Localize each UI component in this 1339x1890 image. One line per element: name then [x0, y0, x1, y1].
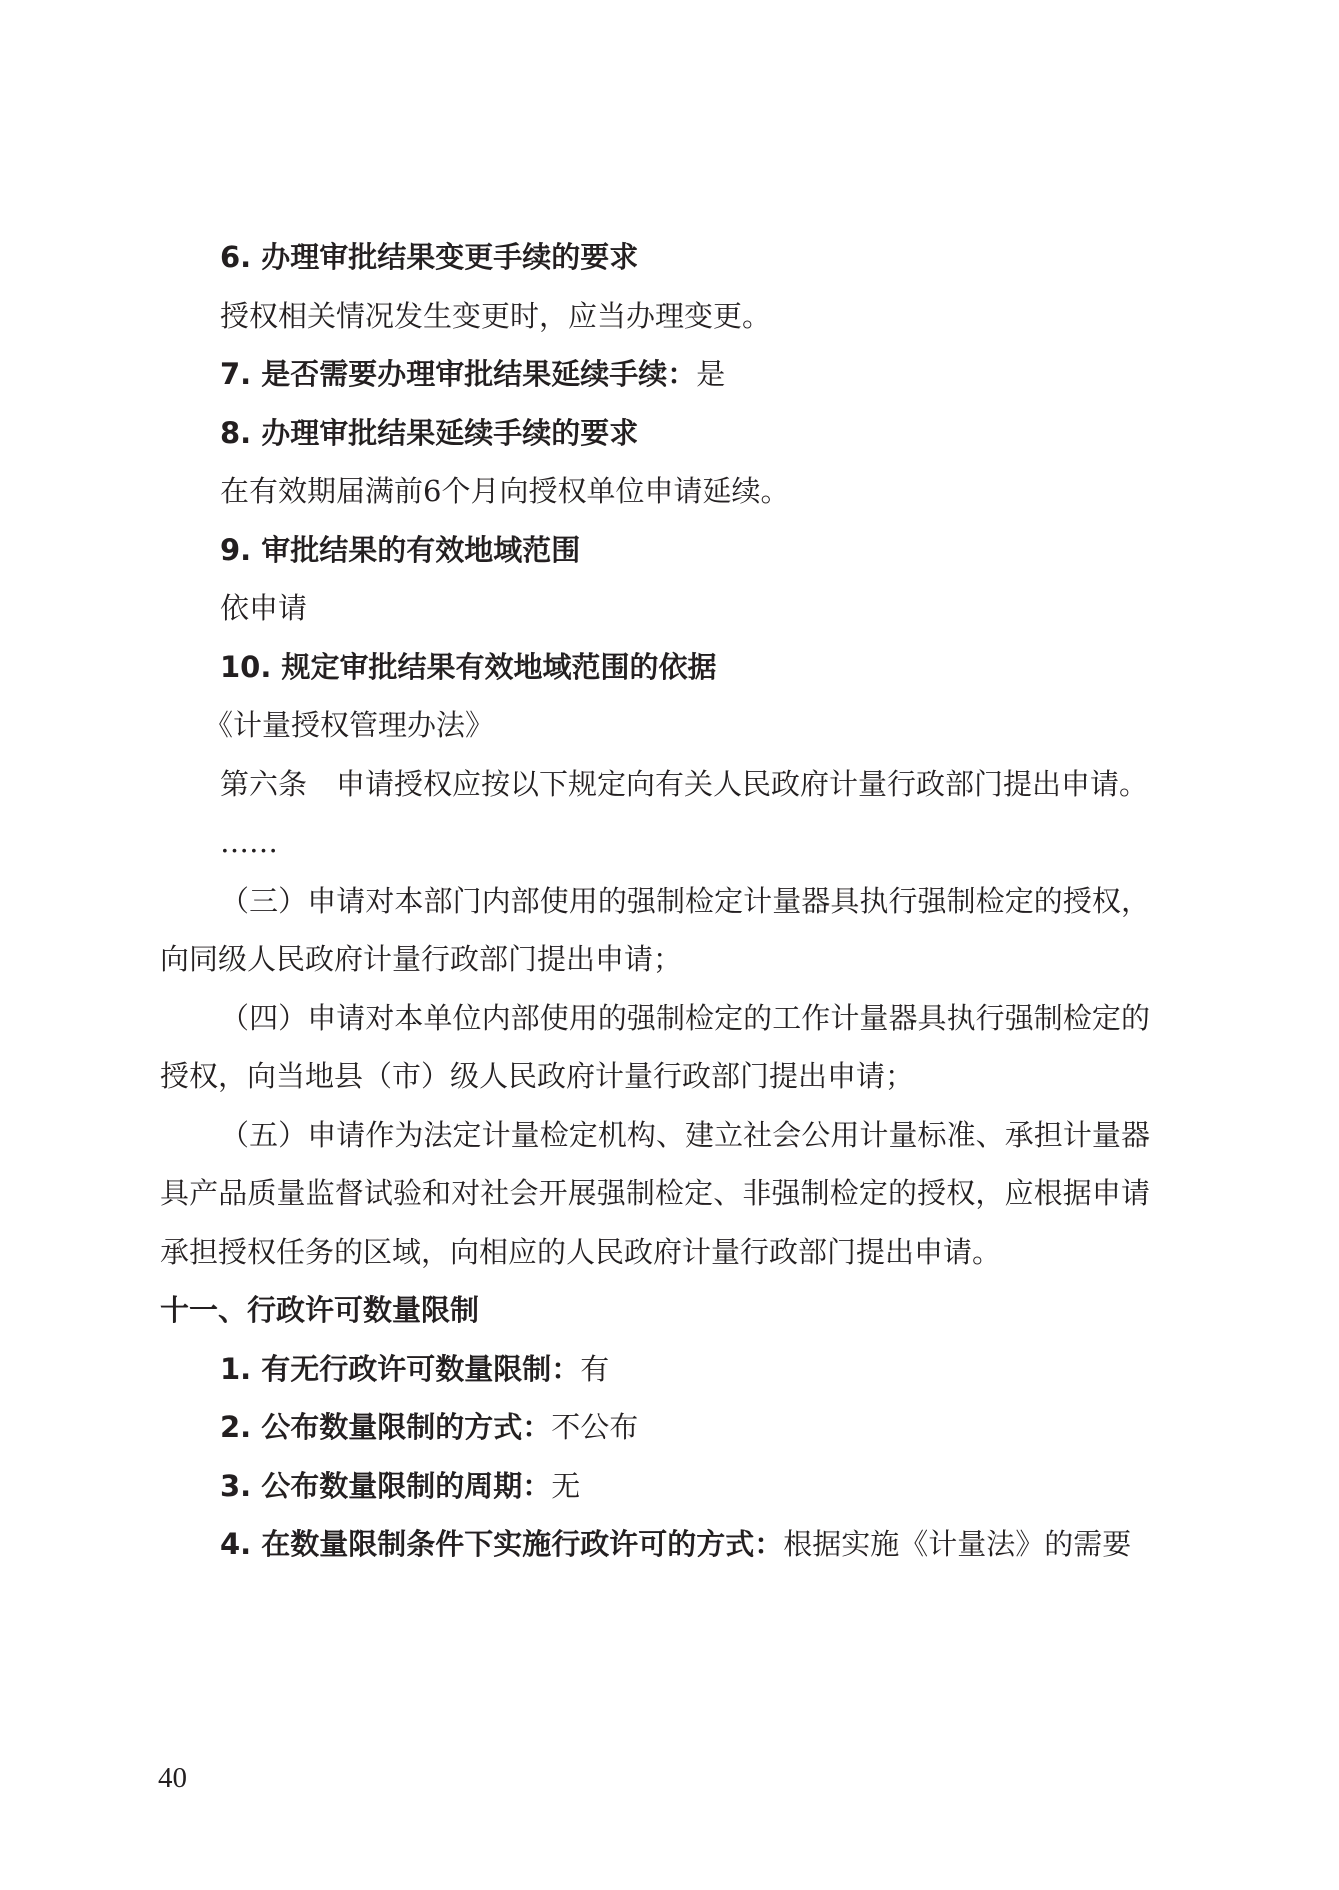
article-paragraph: 第六条申请授权应按以下规定向有关人民政府计量行政部门提出申请。 [160, 755, 1150, 814]
item-label: 3. 公布数量限制的周期： [220, 1469, 551, 1503]
clause-3: （三）申请对本部门内部使用的强制检定计量器具执行强制检定的授权，向同级人民政府计… [160, 872, 1150, 989]
item-6-body: 授权相关情况发生变更时，应当办理变更。 [160, 287, 1150, 346]
section-11-item-2: 2. 公布数量限制的方式：不公布 [160, 1398, 1150, 1457]
document-page: 6. 办理审批结果变更手续的要求 授权相关情况发生变更时，应当办理变更。 7. … [160, 228, 1150, 1574]
article-ellipsis: …… [160, 813, 1150, 872]
article-title: 第六条 [220, 767, 307, 801]
item-label: 1. 有无行政许可数量限制： [220, 1352, 580, 1386]
article-text: 申请授权应按以下规定向有关人民政府计量行政部门提出申请。 [336, 767, 1148, 801]
item-value: 不公布 [551, 1410, 638, 1444]
section-11-item-1: 1. 有无行政许可数量限制：有 [160, 1340, 1150, 1399]
page-number: 40 [158, 1762, 187, 1795]
item-9-heading: 9. 审批结果的有效地域范围 [160, 521, 1150, 580]
item-10-heading: 10. 规定审批结果有效地域范围的依据 [160, 638, 1150, 697]
section-11-item-3: 3. 公布数量限制的周期：无 [160, 1457, 1150, 1516]
clause-4: （四）申请对本单位内部使用的强制检定的工作计量器具执行强制检定的授权，向当地县（… [160, 989, 1150, 1106]
item-8-heading: 8. 办理审批结果延续手续的要求 [160, 404, 1150, 463]
item-label: 2. 公布数量限制的方式： [220, 1410, 551, 1444]
section-11-item-4: 4. 在数量限制条件下实施行政许可的方式：根据实施《计量法》的需要 [160, 1515, 1150, 1574]
item-10-body: 《计量授权管理办法》 [160, 696, 1150, 755]
item-9-body: 依申请 [160, 579, 1150, 638]
section-11-title: 十一、行政许可数量限制 [160, 1281, 1150, 1340]
item-8-body: 在有效期届满前6个月向授权单位申请延续。 [160, 462, 1150, 521]
item-7: 7. 是否需要办理审批结果延续手续：是 [160, 345, 1150, 404]
item-6-heading: 6. 办理审批结果变更手续的要求 [160, 228, 1150, 287]
clause-5: （五）申请作为法定计量检定机构、建立社会公用计量标准、承担计量器具产品质量监督试… [160, 1106, 1150, 1282]
item-value: 有 [580, 1352, 609, 1386]
item-7-heading: 7. 是否需要办理审批结果延续手续： [220, 357, 696, 391]
item-7-value: 是 [696, 357, 725, 391]
item-value: 无 [551, 1469, 580, 1503]
item-value: 根据实施《计量法》的需要 [783, 1527, 1131, 1561]
item-label: 4. 在数量限制条件下实施行政许可的方式： [220, 1527, 783, 1561]
